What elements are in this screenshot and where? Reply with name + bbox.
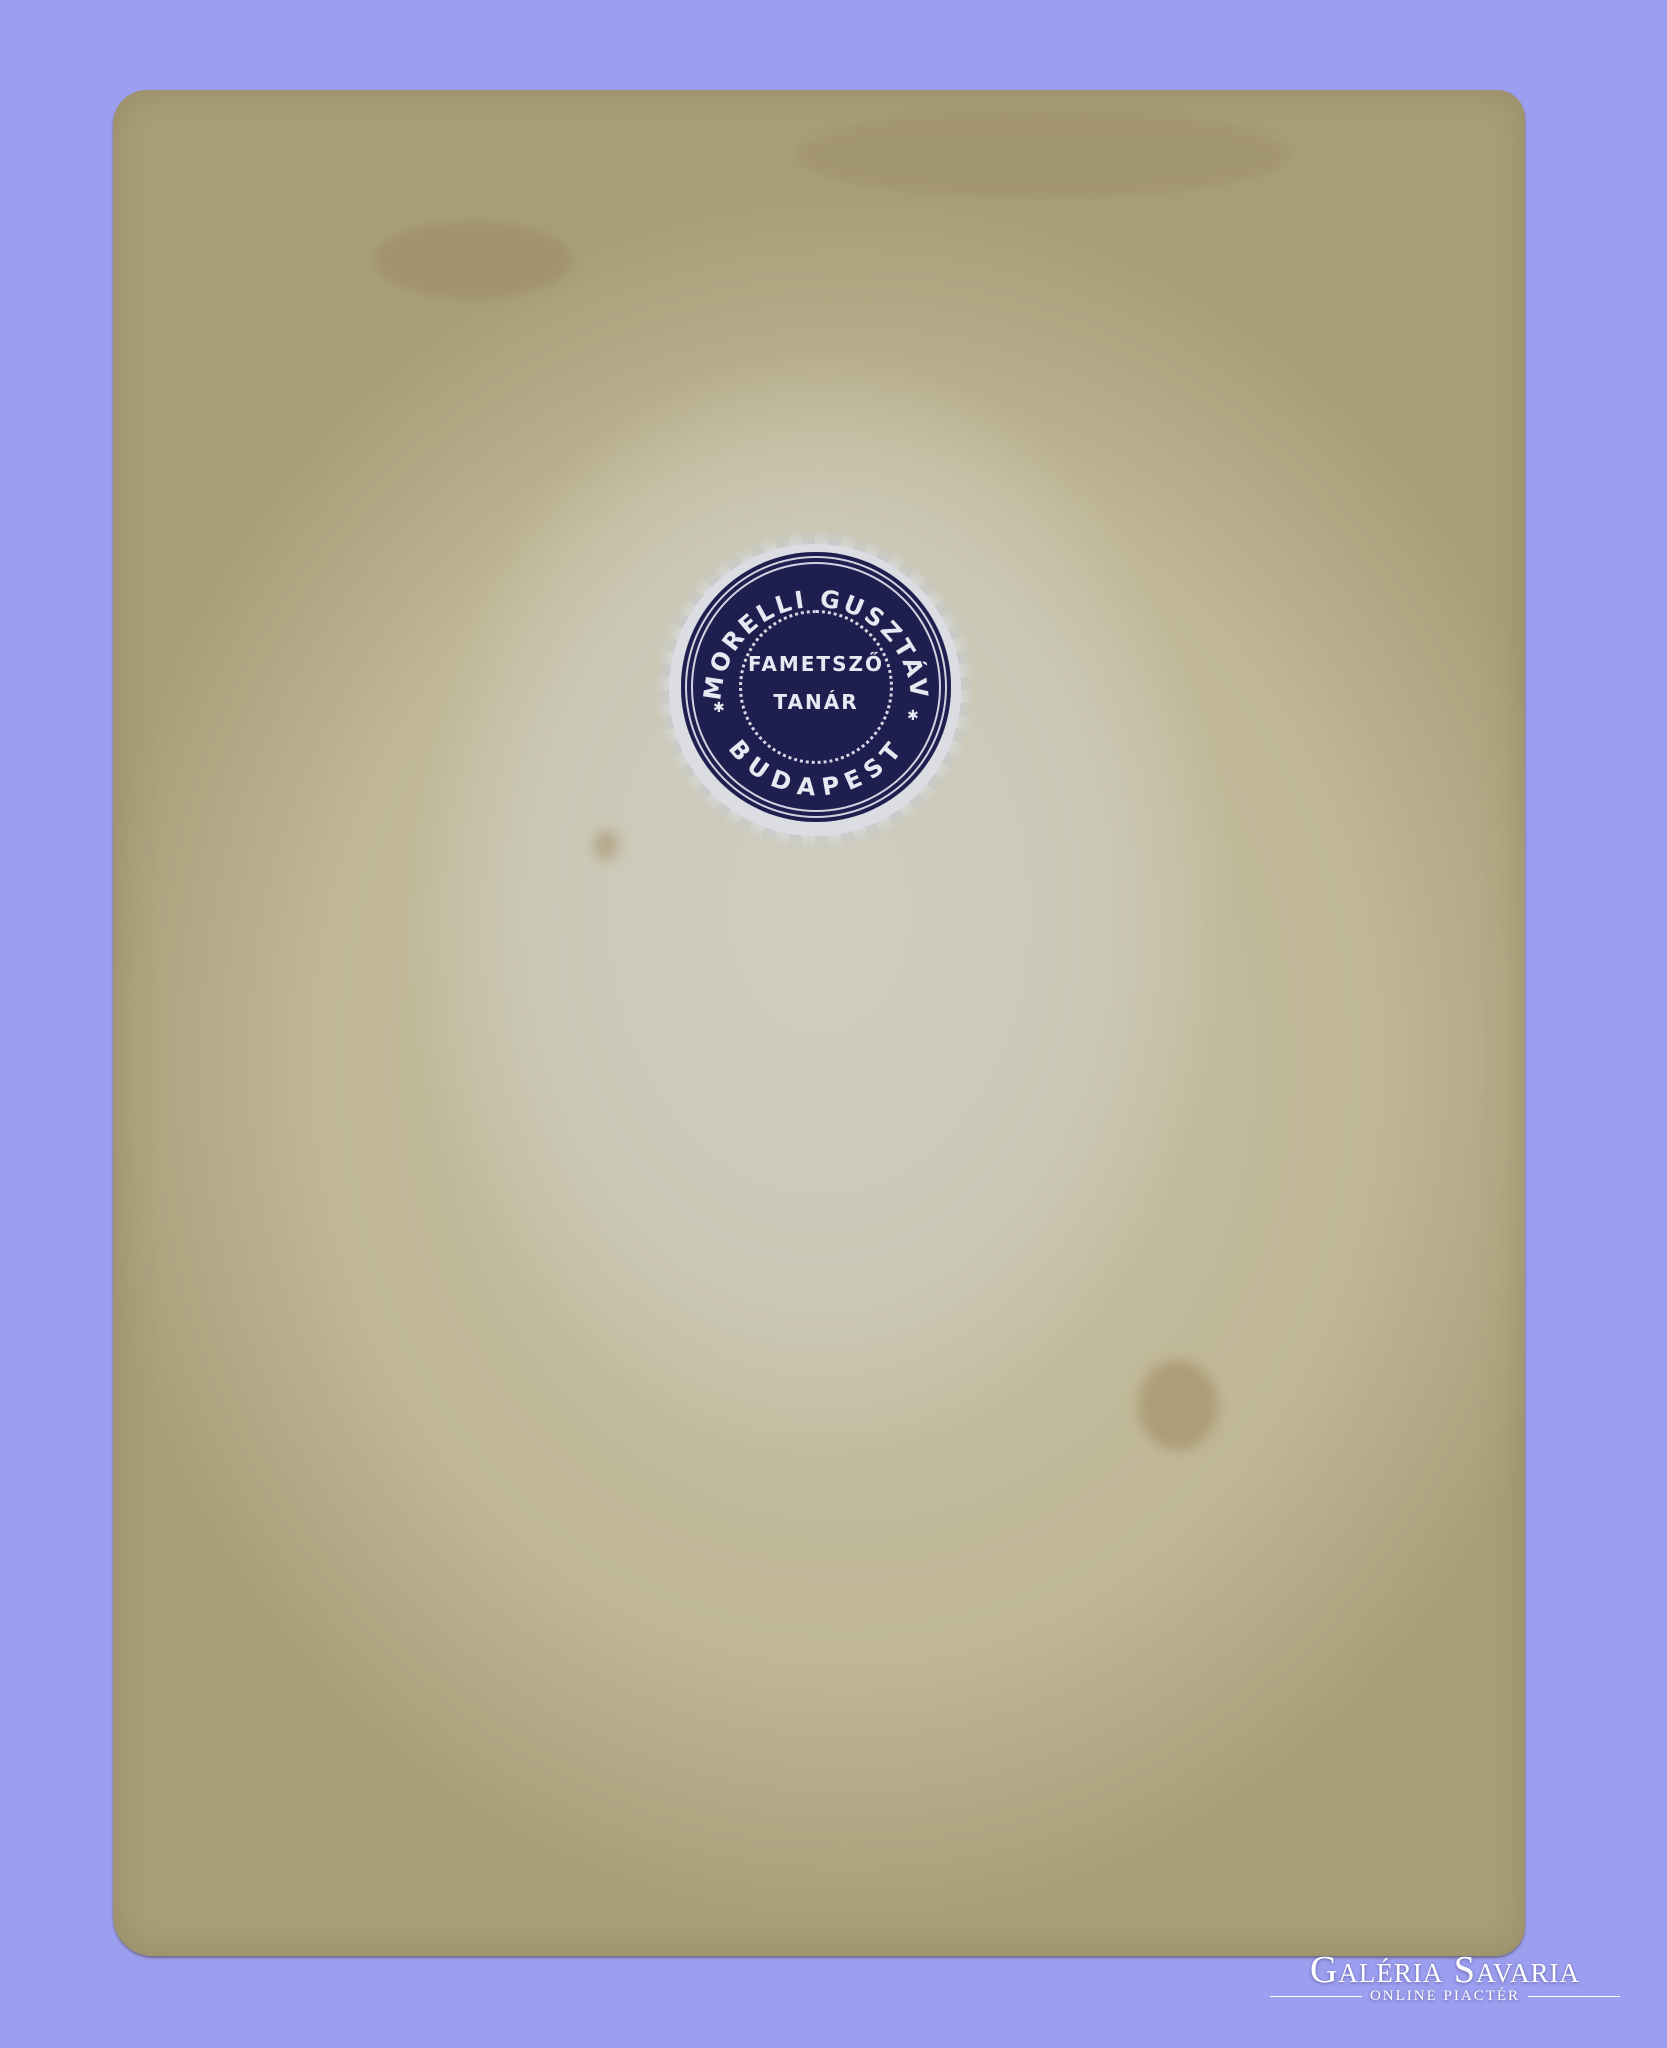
- stain: [373, 220, 573, 300]
- seal-inner-ring: [739, 610, 893, 764]
- seal-emblem: MORELLI GUSZTÁV BUDAPEST ✱ ✱ FAMETSZŐ TA…: [681, 552, 951, 822]
- stain: [593, 830, 619, 860]
- watermark-subtitle: ONLINE PIACTÉR: [1370, 1988, 1520, 2005]
- stain: [793, 110, 1293, 200]
- watermark-logo: Galéria Savaria ONLINE PIACTÉR: [1270, 1950, 1620, 2005]
- divider: [1528, 1996, 1620, 1997]
- seal-label: MORELLI GUSZTÁV BUDAPEST ✱ ✱ FAMETSZŐ TA…: [655, 530, 975, 850]
- cabinet-card-back: MORELLI GUSZTÁV BUDAPEST ✱ ✱ FAMETSZŐ TA…: [113, 90, 1525, 1956]
- divider: [1270, 1996, 1362, 1997]
- seal-profession: FAMETSZŐ: [681, 652, 951, 676]
- watermark-title: Galéria Savaria: [1270, 1950, 1620, 1990]
- seal-title: TANÁR: [681, 690, 951, 714]
- stain: [1138, 1360, 1218, 1450]
